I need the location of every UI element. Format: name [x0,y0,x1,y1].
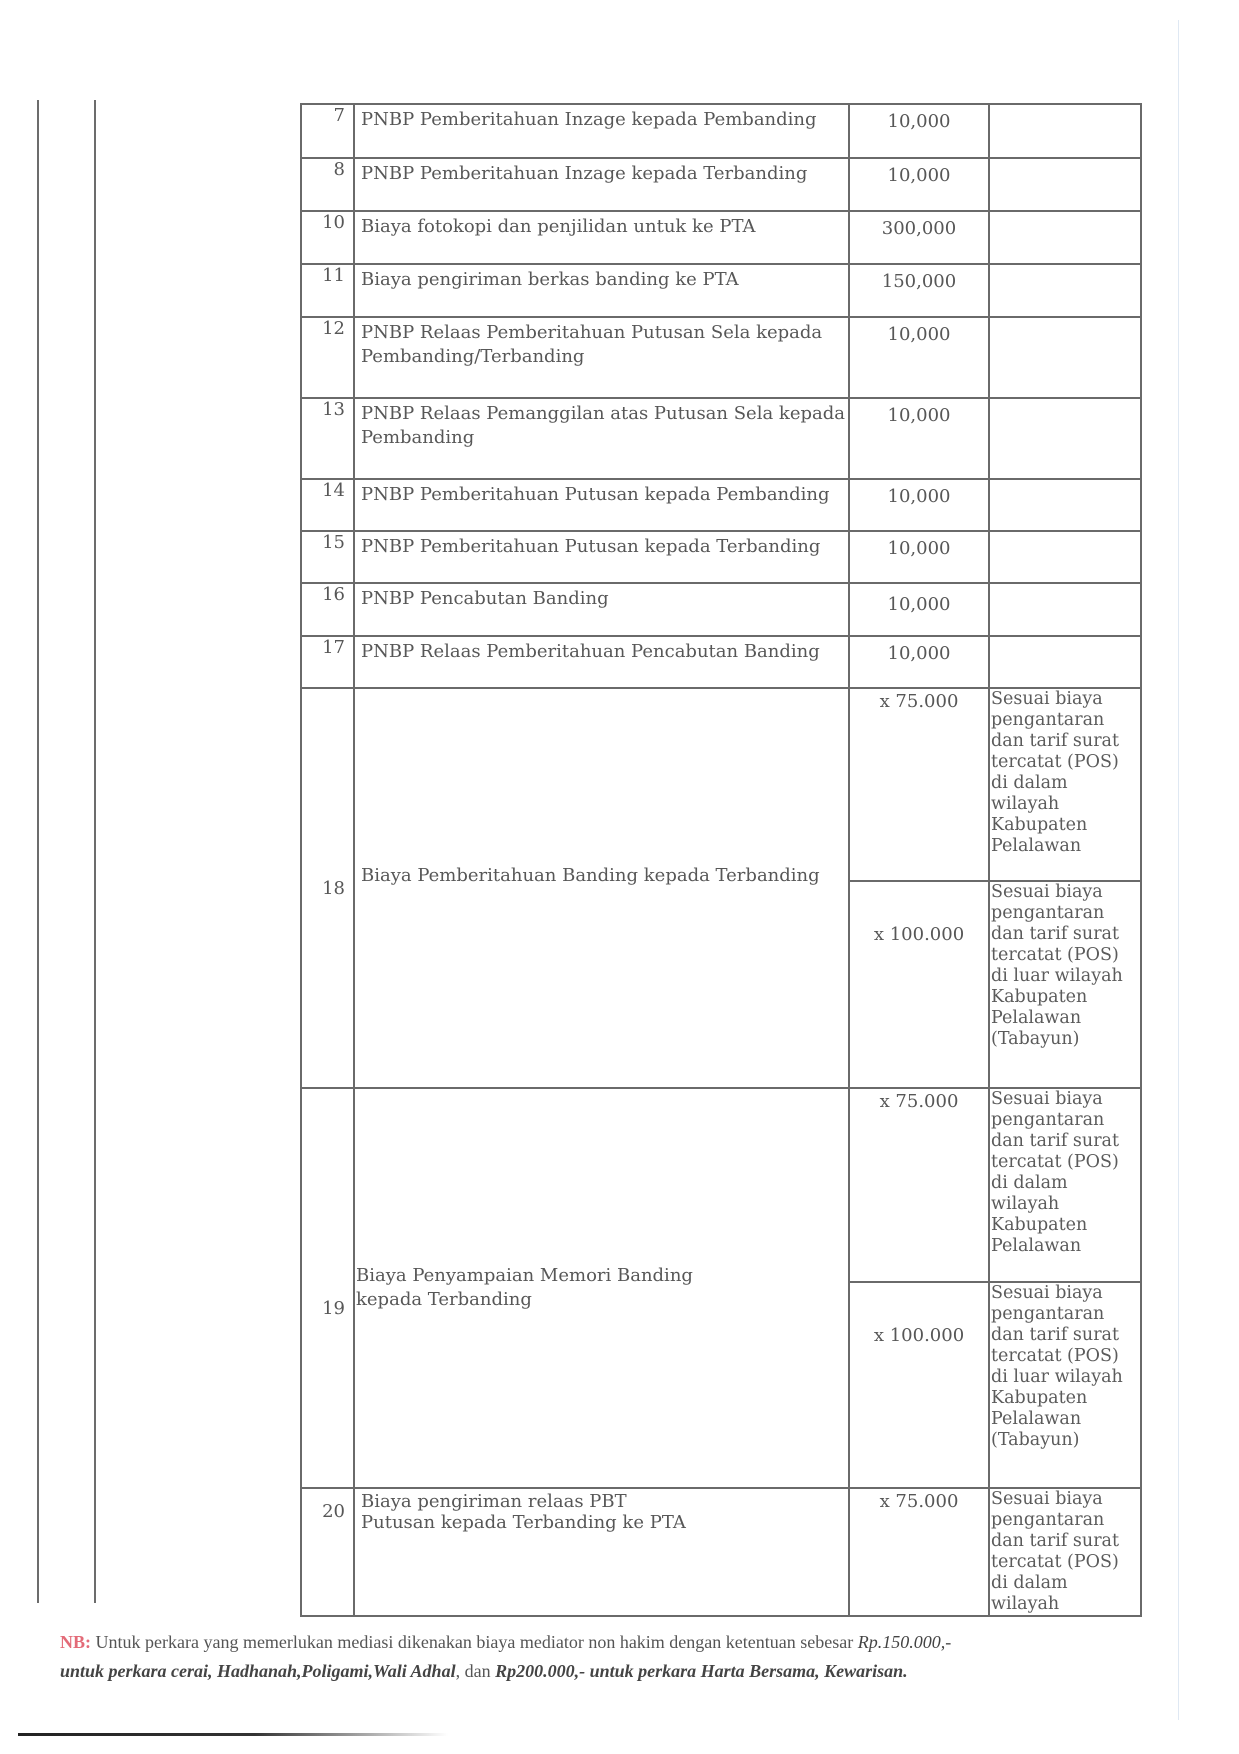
row-amount: 10,000 [849,636,989,688]
row-number: 18 [301,688,354,1088]
row-amount: 10,000 [849,398,989,479]
row-number: 11 [301,264,354,317]
table-row-split-top: 18 Biaya Pemberitahuan Banding kepada Te… [301,688,1141,881]
row-number: 7 [301,104,354,158]
row-amount: 10,000 [849,317,989,398]
row-amount: 10,000 [849,531,989,583]
row-note [989,317,1141,398]
row-description: PNBP Relaas Pemberitahuan Pencabutan Ban… [354,636,849,688]
row-amount: x 75.000 [849,1088,989,1282]
nb-amount-2: Rp200.000,- [495,1661,585,1681]
left-margin-line-inner [94,100,96,1603]
row-number: 13 [301,398,354,479]
nb-cases-2: untuk perkara Harta Bersama, Kewarisan. [585,1661,908,1681]
row-description: PNBP Pemberitahuan Inzage kepada Pemband… [354,104,849,158]
row-note [989,398,1141,479]
row-amount: 10,000 [849,104,989,158]
table-row: 10 Biaya fotokopi dan penjilidan untuk k… [301,211,1141,264]
nb-cases-1: untuk perkara cerai, Hadhanah,Poligami,W… [60,1661,456,1681]
nb-conjunction: , dan [456,1661,496,1681]
row-note: Sesuai biaya pengantaran dan tarif surat… [989,688,1141,881]
table-row: 8 PNBP Pemberitahuan Inzage kepada Terba… [301,158,1141,211]
row-description: PNBP Pemberitahuan Putusan kepada Pemban… [354,479,849,531]
row-amount: 10,000 [849,583,989,636]
row-description: PNBP Relaas Pemanggilan atas Putusan Sel… [354,398,849,479]
nb-label: NB: [60,1632,91,1652]
table-row: 13 PNBP Relaas Pemanggilan atas Putusan … [301,398,1141,479]
table-row: 7 PNBP Pemberitahuan Inzage kepada Pemba… [301,104,1141,158]
table-row: 15 PNBP Pemberitahuan Putusan kepada Ter… [301,531,1141,583]
row-description: PNBP Relaas Pemberitahuan Putusan Sela k… [354,317,849,398]
row-note [989,104,1141,158]
row-number: 16 [301,583,354,636]
row-number: 8 [301,158,354,211]
row-note: Sesuai biaya pengantaran dan tarif surat… [989,1282,1141,1488]
row-description: Biaya Pemberitahuan Banding kepada Terba… [354,688,849,1088]
row-note [989,583,1141,636]
row-amount: x 75.000 [849,688,989,881]
row-description: PNBP Pemberitahuan Putusan kepada Terban… [354,531,849,583]
row-note [989,264,1141,317]
row-note: Sesuai biaya pengantaran dan tarif surat… [989,881,1141,1088]
row-description: Biaya fotokopi dan penjilidan untuk ke P… [354,211,849,264]
row-note [989,479,1141,531]
row-number: 19 [301,1088,354,1488]
document-page: 7 PNBP Pemberitahuan Inzage kepada Pemba… [0,0,1239,1754]
scan-artifact-line [1178,20,1179,1720]
row-note [989,158,1141,211]
nb-text: Untuk perkara yang memerlukan mediasi di… [91,1632,858,1652]
row-number: 17 [301,636,354,688]
table-row-split-top: 19 Biaya Penyampaian Memori Banding kepa… [301,1088,1141,1282]
row-number: 12 [301,317,354,398]
table-row: 14 PNBP Pemberitahuan Putusan kepada Pem… [301,479,1141,531]
left-margin-line-outer [37,100,39,1603]
row-note [989,211,1141,264]
table-row: 11 Biaya pengiriman berkas banding ke PT… [301,264,1141,317]
row-note [989,636,1141,688]
row-description: Biaya Penyampaian Memori Banding kepada … [354,1088,849,1488]
table-row: 12 PNBP Relaas Pemberitahuan Putusan Sel… [301,317,1141,398]
table-row: 17 PNBP Relaas Pemberitahuan Pencabutan … [301,636,1141,688]
nb-footnote: NB: Untuk perkara yang memerlukan medias… [60,1628,1160,1686]
row-amount: 10,000 [849,479,989,531]
bottom-rule [18,1733,448,1736]
row-note: Sesuai biaya pengantaran dan tarif surat… [989,1088,1141,1282]
row-number: 20 [301,1488,354,1616]
row-description: Biaya pengiriman relaas PBT Putusan kepa… [354,1488,849,1616]
row-number: 10 [301,211,354,264]
row-number: 14 [301,479,354,531]
row-description: PNBP Pemberitahuan Inzage kepada Terband… [354,158,849,211]
row-amount: x 100.000 [849,1282,989,1488]
row-number: 15 [301,531,354,583]
row-amount: 300,000 [849,211,989,264]
row-note [989,531,1141,583]
row-amount: x 100.000 [849,881,989,1088]
row-amount: 150,000 [849,264,989,317]
nb-amount-1: Rp.150.000,- [858,1632,952,1652]
row-description: Biaya pengiriman berkas banding ke PTA [354,264,849,317]
table-row: 20 Biaya pengiriman relaas PBT Putusan k… [301,1488,1141,1616]
row-amount: x 75.000 [849,1488,989,1616]
row-description: PNBP Pencabutan Banding [354,583,849,636]
row-amount: 10,000 [849,158,989,211]
fee-table: 7 PNBP Pemberitahuan Inzage kepada Pemba… [300,103,1142,1617]
row-note: Sesuai biaya pengantaran dan tarif surat… [989,1488,1141,1616]
table-row: 16 PNBP Pencabutan Banding 10,000 [301,583,1141,636]
